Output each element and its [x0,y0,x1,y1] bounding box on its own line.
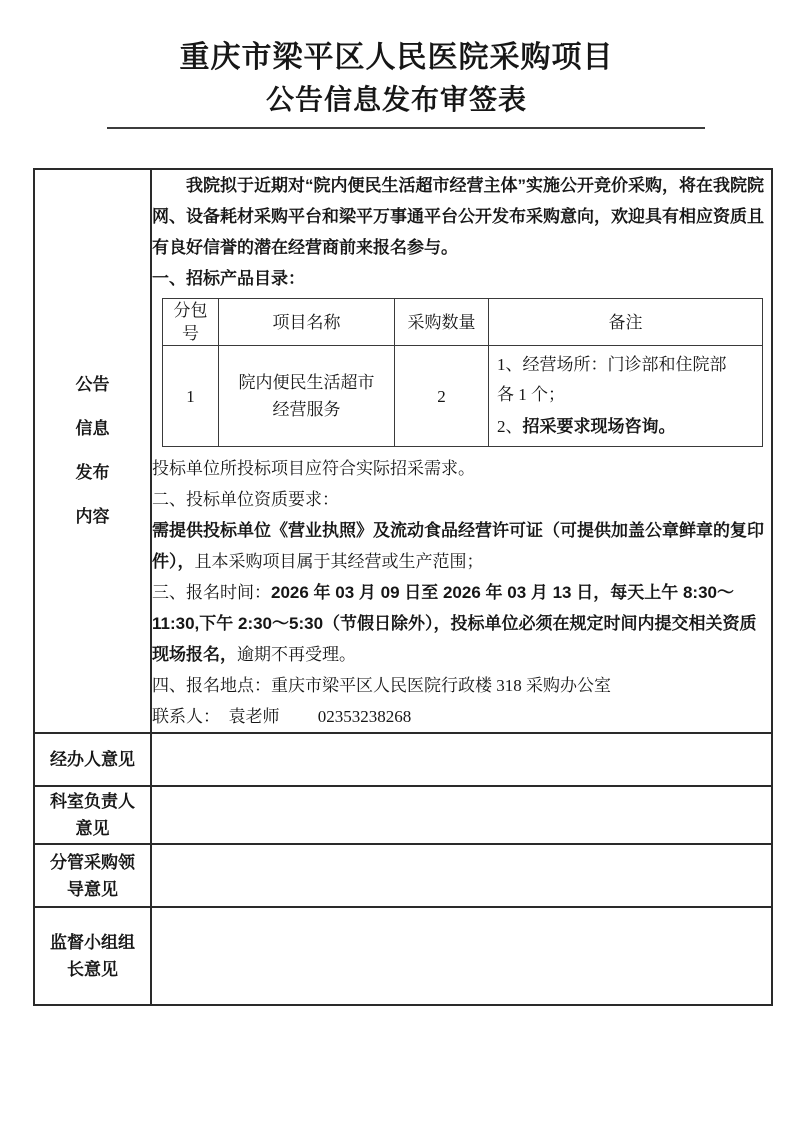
header-quantity: 采购数量 [395,299,489,346]
operator-opinion-row: 经办人意见 [34,733,772,786]
supervision-group-opinion-label: 监督小组组 长意见 [35,929,150,983]
supervision-group-opinion-label-cell: 监督小组组 长意见 [34,907,151,1005]
dept-head-opinion-row: 科室负责人 意见 [34,786,772,844]
header-project-name: 项目名称 [219,299,395,346]
contact-line: 联系人： 袁老师 02353238268 [152,701,771,732]
header-remark: 备注 [489,299,763,346]
section3-body: 三、报名时间：2026 年 03 月 09 日至 2026 年 03 月 13 … [152,577,771,670]
product-table-header-row: 分包 号 项目名称 采购数量 备注 [163,299,763,346]
operator-opinion-label-cell: 经办人意见 [34,733,151,786]
dept-head-opinion-label: 科室负责人 意见 [35,788,150,842]
announcement-content-label-cell: 公告 信息 发布 内容 [34,169,151,733]
procurement-leader-opinion-row: 分管采购领 导意见 [34,844,772,907]
remark-item-1: 1、经营场所：门诊部和住院部 各 1 个； [497,350,754,410]
product-catalog-table: 分包 号 项目名称 采购数量 备注 1 院内便民生活超市 经营服务 2 1 [162,298,763,447]
procurement-leader-opinion-label: 分管采购领 导意见 [35,849,150,903]
remark-item-2: 2、招采要求现场咨询。 [497,412,754,442]
note-after-table: 投标单位所投标项目应符合实际招采需求。 [152,453,771,484]
announcement-content-cell: 我院拟于近期对“院内便民生活超市经营主体”实施公开竞价采购，将在我院院网、设备耗… [151,169,772,733]
header-package-no: 分包 号 [163,299,219,346]
section2-body: 需提供投标单位《营业执照》及流动食品经营许可证（可提供加盖公章鲜章的复印件），且… [152,515,771,577]
page-title-line1: 重庆市梁平区人民医院采购项目 [0,38,793,78]
cell-package-no: 1 [163,346,219,447]
section1-heading: 一、招标产品目录： [152,263,771,294]
intro-paragraph: 我院拟于近期对“院内便民生活超市经营主体”实施公开竞价采购，将在我院院网、设备耗… [152,170,771,263]
approval-form-table: 公告 信息 发布 内容 我院拟于近期对“院内便民生活超市经营主体”实施公开竞价采… [33,168,773,1006]
supervision-group-opinion-row: 监督小组组 长意见 [34,907,772,1005]
announcement-content-label: 公告 信息 发布 内容 [35,363,150,539]
procurement-leader-opinion-label-cell: 分管采购领 导意见 [34,844,151,907]
product-table-data-row: 1 院内便民生活超市 经营服务 2 1、经营场所：门诊部和住院部 各 1 个； … [163,346,763,447]
section2-heading: 二、投标单位资质要求： [152,484,771,515]
cell-remark: 1、经营场所：门诊部和住院部 各 1 个； 2、招采要求现场咨询。 [489,346,763,447]
section4-body: 四、报名地点：重庆市梁平区人民医院行政楼 318 采购办公室 [152,670,771,701]
operator-opinion-label: 经办人意见 [35,746,150,773]
announcement-content-row: 公告 信息 发布 内容 我院拟于近期对“院内便民生活超市经营主体”实施公开竞价采… [34,169,772,733]
title-underline [107,127,705,129]
supervision-group-opinion-blank-cell [151,907,772,1005]
cell-project-name: 院内便民生活超市 经营服务 [219,346,395,447]
procurement-leader-opinion-blank-cell [151,844,772,907]
page-title-line2: 公告信息发布审签表 [0,80,793,120]
document-header: 重庆市梁平区人民医院采购项目 公告信息发布审签表 [0,38,793,129]
operator-opinion-blank-cell [151,733,772,786]
dept-head-opinion-blank-cell [151,786,772,844]
cell-quantity: 2 [395,346,489,447]
dept-head-opinion-label-cell: 科室负责人 意见 [34,786,151,844]
